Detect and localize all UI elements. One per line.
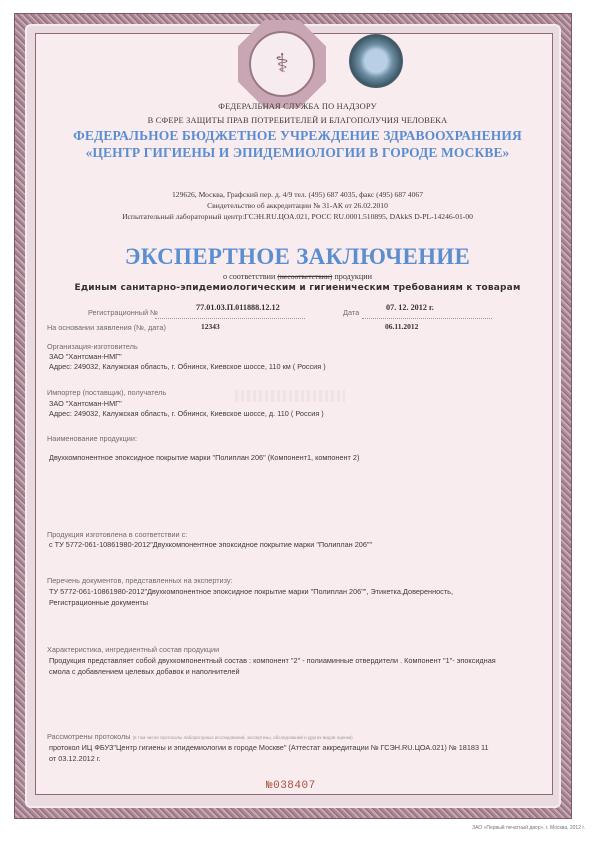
- accreditation-certificate: Свидетельство об аккредитации № 31-АК от…: [0, 201, 595, 210]
- reg-number-label: Регистрационный №: [88, 308, 158, 317]
- manufacturer-name: ЗАО "Хантсман-НМГ": [49, 352, 122, 361]
- agency-line-2: В СФЕРЕ ЗАЩИТЫ ПРАВ ПОТРЕБИТЕЛЕЙ И БЛАГО…: [0, 116, 595, 125]
- manufactured-per-value: с ТУ 5772-061-10861980-2012"Двухкомпонен…: [49, 540, 372, 549]
- printer-imprint: ЗАО «Первый печатный двор», г. Москва, 2…: [472, 825, 585, 831]
- subtitle-struck: (несоответствии): [277, 272, 332, 281]
- characteristics-line-1: Продукция представляет собой двухкомпоне…: [49, 656, 496, 665]
- institution-line-2: «ЦЕНТР ГИГИЕНЫ И ЭПИДЕМИОЛОГИИ В ГОРОДЕ …: [0, 145, 595, 161]
- manufacturer-address: Адрес: 249032, Калужская область, г. Обн…: [49, 362, 326, 371]
- protocols-line-2: от 03.12.2012 г.: [49, 754, 101, 763]
- serial-number: №038407: [266, 780, 316, 792]
- document-subtitle-line-2: Единым санитарно-эпидемиологическим и ги…: [0, 283, 595, 293]
- protocols-line-1: протокол ИЦ ФБУЗ"Центр гигиены и эпидеми…: [49, 743, 489, 752]
- importer-label: Импортер (поставщик), получатель: [47, 388, 166, 397]
- documents-label: Перечень документов, представленных на э…: [47, 576, 233, 585]
- product-value: Двухкомпонентное эпоксидное покрытие мар…: [49, 453, 359, 462]
- protocols-label: Рассмотрены протоколы (в том числе прото…: [47, 732, 353, 741]
- characteristics-line-2: смола с добавлением целевых добавок и на…: [49, 667, 240, 676]
- documents-line-2: Регистрационные документы: [49, 598, 148, 607]
- characteristics-label: Характеристика, ингредиентный состав про…: [47, 645, 219, 654]
- basis-label: На основании заявления (№, дата): [47, 323, 166, 332]
- reg-number-line: [155, 318, 305, 319]
- date-label: Дата: [343, 308, 359, 317]
- basis-date: 06.11.2012: [385, 322, 418, 331]
- documents-line-1: ТУ 5772-061-10861980-2012"Двухкомпонентн…: [49, 587, 453, 596]
- protocols-label-text: Рассмотрены протоколы: [47, 732, 131, 741]
- institution-line-1: ФЕДЕРАЛЬНОЕ БЮДЖЕТНОЕ УЧРЕЖДЕНИЕ ЗДРАВОО…: [0, 128, 595, 144]
- subtitle-suffix: продукции: [334, 272, 372, 281]
- document-title: ЭКСПЕРТНОЕ ЗАКЛЮЧЕНИЕ: [0, 244, 595, 270]
- medical-emblem-icon: ⚕: [236, 20, 328, 108]
- product-label: Наименование продукции:: [47, 434, 137, 443]
- date-line: [362, 318, 492, 319]
- manufactured-per-label: Продукция изготовлена в соответствии с:: [47, 530, 187, 539]
- document-subtitle: о соответствии (несоответствии) продукци…: [0, 272, 595, 281]
- importer-name: ЗАО "Хантсман-НМГ": [49, 399, 122, 408]
- reg-number-value: 77.01.03.П.011888.12.12: [196, 303, 280, 312]
- subtitle-prefix: о соответствии: [223, 272, 275, 281]
- agency-line-1: ФЕДЕРАЛЬНАЯ СЛУЖБА ПО НАДЗОРУ: [0, 102, 595, 111]
- hologram-seal-icon: [349, 34, 403, 88]
- institution-address: 129626, Москва, Графский пер. д. 4/9 тел…: [0, 190, 595, 199]
- lab-center: Испытательный лабораторный центр:ГСЭН.RU…: [0, 212, 595, 221]
- protocols-label-note: (в том числе протоколы лабораторных иссл…: [133, 735, 353, 740]
- importer-address: Адрес: 249032, Калужская область, г. Обн…: [49, 409, 324, 418]
- date-value: 07. 12. 2012 г.: [386, 303, 434, 312]
- watermark: [235, 390, 345, 402]
- basis-number: 12343: [201, 322, 220, 331]
- manufacturer-label: Организация-изготовитель: [47, 342, 138, 351]
